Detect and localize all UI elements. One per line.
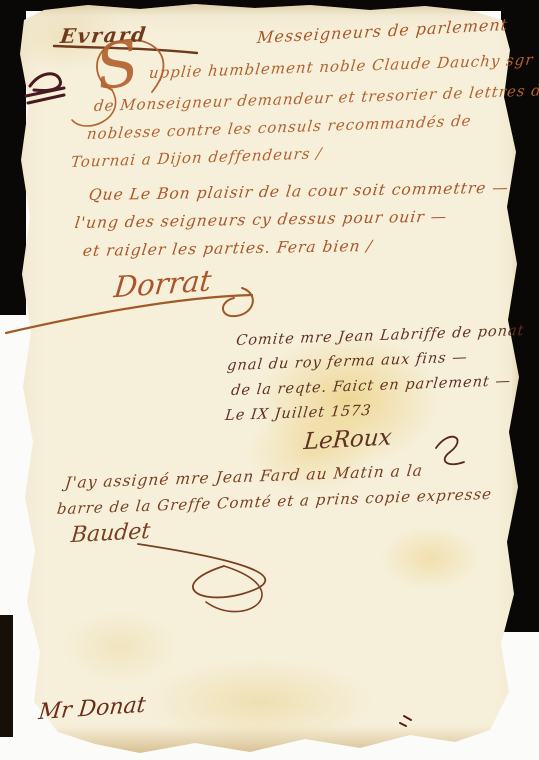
- manuscript-scan: Evrard Messeigneurs de parlement S uppli…: [0, 0, 539, 760]
- clerk-signature: LeRoux: [303, 424, 393, 455]
- counsel-signature: Dorrat: [112, 263, 213, 304]
- ornate-initial: S: [92, 32, 143, 99]
- usher-signature: Baudet: [70, 519, 151, 548]
- scanner-backdrop-left-lower: [0, 615, 13, 737]
